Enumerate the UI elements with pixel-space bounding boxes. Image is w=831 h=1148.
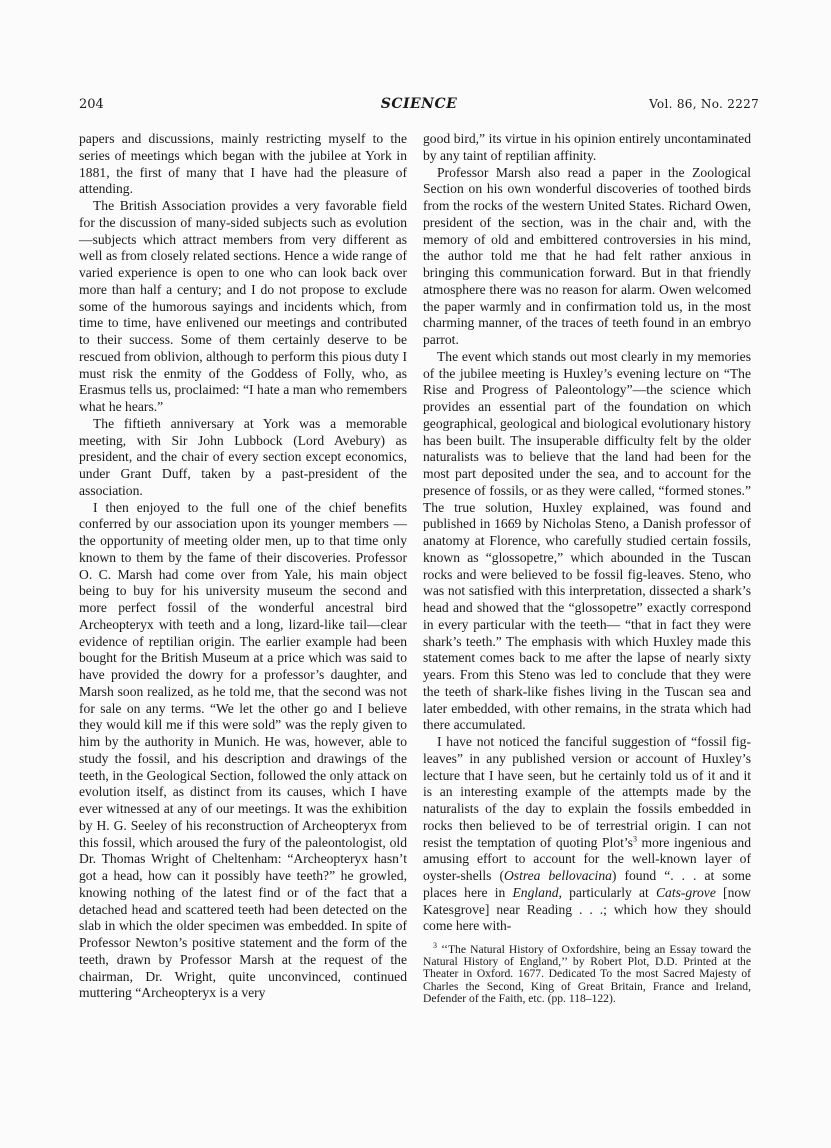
right-column: good bird,” its virtue in his opinion en… (423, 131, 751, 1005)
footnote-marker: 3 (433, 941, 437, 950)
running-header: 204 SCIENCE Vol. 86, No. 2227 (79, 97, 759, 117)
footnote: 3 ‘‘The Natural History of Oxfordshire, … (423, 944, 751, 1005)
paragraph: The event which stands out most clearly … (423, 349, 751, 734)
text-run: particularly at (562, 885, 656, 900)
paragraph: The fiftieth anniversary at York was a m… (79, 416, 407, 500)
place-name: Cats-grove (656, 885, 716, 900)
paragraph: papers and discussions, mainly restricti… (79, 131, 407, 198)
volume-issue: Vol. 86, No. 2227 (649, 97, 759, 111)
text-run: I have not noticed the fanciful suggesti… (423, 734, 751, 850)
paragraph: I then enjoyed to the full one of the ch… (79, 500, 407, 1003)
left-column: papers and discussions, mainly restricti… (79, 131, 407, 1002)
paragraph: good bird,” its virtue in his opinion en… (423, 131, 751, 165)
paragraph: Professor Marsh also read a paper in the… (423, 165, 751, 349)
paragraph: I have not noticed the fanciful suggesti… (423, 734, 751, 935)
place-name: England, (512, 885, 561, 900)
journal-page: 204 SCIENCE Vol. 86, No. 2227 papers and… (79, 97, 759, 117)
species-name: Ostrea bellovacina (504, 868, 612, 883)
footnote-text: ‘‘The Natural History of Oxfordshire, be… (423, 943, 751, 1005)
paragraph: The British Association provides a very … (79, 198, 407, 416)
